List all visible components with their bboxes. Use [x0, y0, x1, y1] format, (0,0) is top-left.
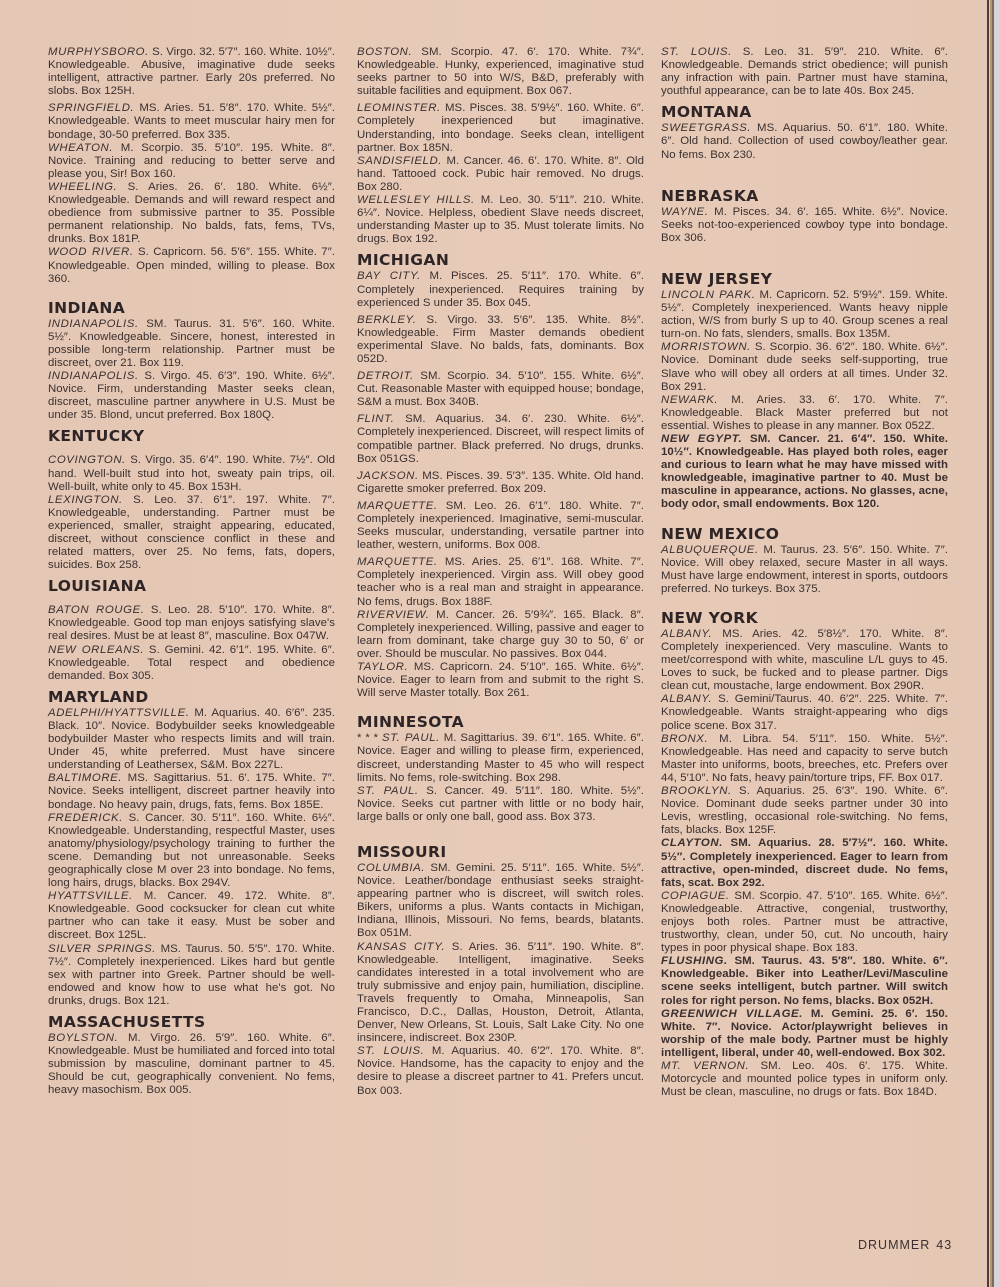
- classified-ad: BALTIMORE. MS. Sagittarius. 51. 6′. 175.…: [48, 772, 335, 811]
- classified-ad: NEW EGYPT. SM. Cancer. 21. 6′4″. 150. Wh…: [661, 433, 948, 512]
- ad-city: KANSAS CITY.: [357, 941, 445, 953]
- ad-city: NEWARK.: [661, 394, 718, 406]
- state-heading: LOUISIANA: [48, 578, 335, 595]
- ad-city: LEXINGTON.: [48, 494, 123, 506]
- classified-ad: COVINGTON. S. Virgo. 35. 6′4″. 190. Whit…: [48, 454, 335, 493]
- section-spacer: [661, 512, 948, 520]
- ad-city: SPRINGFIELD.: [48, 102, 134, 114]
- magazine-name: DRUMMER: [858, 1238, 930, 1252]
- ad-city: INDIANAPOLIS.: [48, 370, 139, 382]
- classified-ad: LINCOLN PARK. M. Capricorn. 52. 5′9½″. 1…: [661, 289, 948, 341]
- classified-ad: MURPHYSBORO. S. Virgo. 32. 5′7″. 160. Wh…: [48, 46, 335, 98]
- classified-ad: BERKLEY. S. Virgo. 33. 5′6″. 135. White.…: [357, 314, 644, 366]
- classified-ad: ALBUQUERQUE. M. Taurus. 23. 5′6″. 150. W…: [661, 544, 948, 596]
- state-heading: MINNESOTA: [357, 714, 644, 731]
- ad-city: INDIANAPOLIS.: [48, 318, 139, 330]
- state-heading: INDIANA: [48, 300, 335, 317]
- classified-ad: BRONX. M. Libra. 54. 5′11″. 150. White. …: [661, 733, 948, 785]
- ad-city: WHEATON.: [48, 142, 113, 154]
- classified-ad: SILVER SPRINGS. MS. Taurus. 50. 5′5″. 17…: [48, 943, 335, 1008]
- magazine-page: MURPHYSBORO. S. Virgo. 32. 5′7″. 160. Wh…: [0, 0, 1000, 1287]
- classified-ad: INDIANAPOLIS. S. Virgo. 45. 6′3″. 190. W…: [48, 370, 335, 422]
- state-heading: MASSACHUSETTS: [48, 1014, 335, 1031]
- ad-city: BOSTON.: [357, 46, 412, 58]
- ad-city: ALBUQUERQUE.: [661, 544, 759, 556]
- ad-city: ST. LOUIS.: [357, 1045, 424, 1057]
- classified-column-1: MURPHYSBORO. S. Virgo. 32. 5′7″. 160. Wh…: [48, 46, 335, 1097]
- classified-ad: WHEELING. S. Aries. 26. 6′. 180. White. …: [48, 181, 335, 246]
- section-spacer: [48, 286, 335, 294]
- classified-ad: * * * ST. PAUL. M. Sagittarius. 39. 6′1″…: [357, 732, 644, 784]
- page-binding-edge: [987, 0, 989, 1287]
- section-spacer: [661, 245, 948, 265]
- classified-ad: NEWARK. M. Aries. 33. 6′. 170. White. 7″…: [661, 394, 948, 433]
- classified-ad: SWEETGRASS. MS. Aquarius. 50. 6′1″. 180.…: [661, 122, 948, 161]
- classified-ad: ALBANY. MS. Aries. 42. 5′8½″. 170. White…: [661, 628, 948, 693]
- classified-column-3: ST. LOUIS. S. Leo. 31. 5′9″. 210. White.…: [661, 46, 948, 1099]
- classified-ad: ST. LOUIS. S. Leo. 31. 5′9″. 210. White.…: [661, 46, 948, 98]
- ad-text: S. Aries. 36. 5′11″. 190. White. 8″. Kno…: [357, 941, 644, 1045]
- classified-ad: LEOMINSTER. MS. Pisces. 38. 5′9½″. 160. …: [357, 102, 644, 154]
- state-heading: MISSOURI: [357, 844, 644, 861]
- classified-ad: MT. VERNON. SM. Leo. 40s. 6′. 175. White…: [661, 1060, 948, 1099]
- ad-city: NEW EGYPT.: [661, 433, 742, 445]
- section-spacer: [661, 596, 948, 604]
- classified-ad: LEXINGTON. S. Leo. 37. 6′1″. 197. White.…: [48, 494, 335, 573]
- page-binding-edge: [994, 0, 1000, 1287]
- classified-ad: COPIAGUE. SM. Scorpio. 47. 5′10″. 165. W…: [661, 890, 948, 955]
- ad-city: BAY CITY.: [357, 270, 421, 282]
- classified-ad: ADELPHI/HYATTSVILLE. M. Aquarius. 40. 6′…: [48, 707, 335, 772]
- ad-city: ALBANY.: [661, 693, 712, 705]
- classified-ad: BROOKLYN. S. Aquarius. 25. 6′3″. 190. Wh…: [661, 785, 948, 837]
- state-heading: KENTUCKY: [48, 428, 335, 445]
- classified-ad: CLAYTON. SM. Aquarius. 28. 5′7½″. 160. W…: [661, 837, 948, 889]
- classified-ad: NEW ORLEANS. S. Gemini. 42. 6′1″. 195. W…: [48, 644, 335, 683]
- ad-city: BERKLEY.: [357, 314, 416, 326]
- ad-city: MURPHYSBORO.: [48, 46, 149, 58]
- classified-ad: WHEATON. M. Scorpio. 35. 5′10″. 195. Whi…: [48, 142, 335, 181]
- classified-ad: WELLESLEY HILLS. M. Leo. 30. 5′11″. 210.…: [357, 194, 644, 246]
- ad-city: GREENWICH VILLAGE.: [661, 1008, 803, 1020]
- section-spacer: [48, 596, 335, 604]
- ad-text: SM. Aquarius. 34. 6′. 230. White. 6½″. C…: [357, 413, 644, 464]
- section-spacer: [357, 700, 644, 708]
- state-heading: NEW YORK: [661, 610, 948, 627]
- section-spacer: [48, 446, 335, 454]
- ad-city: COVINGTON.: [48, 454, 126, 466]
- ad-city: BALTIMORE.: [48, 772, 122, 784]
- classified-column-2: BOSTON. SM. Scorpio. 47. 6′. 170. White.…: [357, 46, 644, 1098]
- classified-ad: MORRISTOWN. S. Scorpio. 36. 6′2″. 180. W…: [661, 341, 948, 393]
- ad-city: COPIAGUE.: [661, 890, 730, 902]
- classified-ad: BATON ROUGE. S. Leo. 28. 5′10″. 170. Whi…: [48, 604, 335, 643]
- classified-ad: WAYNE. M. Pisces. 34. 6′. 165. White. 6½…: [661, 206, 948, 245]
- classified-ad: BAY CITY. M. Pisces. 25. 5′11″. 170. Whi…: [357, 270, 644, 309]
- classified-ad: ALBANY. S. Gemini/Taurus. 40. 6′2″. 225.…: [661, 693, 948, 732]
- ad-city: ST. LOUIS.: [661, 46, 732, 58]
- state-heading: MICHIGAN: [357, 252, 644, 269]
- classified-ad: TAYLOR. MS. Capricorn. 24. 5′10″. 165. W…: [357, 661, 644, 700]
- ad-city: ST. PAUL.: [382, 732, 440, 744]
- state-heading: NEW JERSEY: [661, 271, 948, 288]
- ad-city: FLINT.: [357, 413, 394, 425]
- ad-city: MORRISTOWN.: [661, 341, 751, 353]
- classified-ad: FREDERICK. S. Cancer. 30. 5′11″. 160. Wh…: [48, 812, 335, 891]
- ad-city: RIVERVIEW.: [357, 609, 429, 621]
- ad-city: WOOD RIVER.: [48, 246, 134, 258]
- ad-city: SILVER SPRINGS.: [48, 943, 156, 955]
- ad-star-marker: * * *: [357, 732, 382, 744]
- ad-city: WELLESLEY HILLS.: [357, 194, 475, 206]
- section-spacer: [357, 824, 644, 838]
- classified-ad: HYATTSVILLE. M. Cancer. 49. 172. White. …: [48, 890, 335, 942]
- classified-ad: COLUMBIA. SM. Gemini. 25. 5′11″. 165. Wh…: [357, 862, 644, 941]
- classified-ad: INDIANAPOLIS. SM. Taurus. 31. 5′6″. 160.…: [48, 318, 335, 370]
- section-spacer: [661, 162, 948, 182]
- ad-city: ADELPHI/HYATTSVILLE.: [48, 707, 190, 719]
- ad-city: TAYLOR.: [357, 661, 408, 673]
- ad-city: LEOMINSTER.: [357, 102, 441, 114]
- ad-city: BROOKLYN.: [661, 785, 732, 797]
- ad-city: ST. PAUL.: [357, 785, 419, 797]
- ad-city: ALBANY.: [661, 628, 712, 640]
- classified-ad: JACKSON. MS. Pisces. 39. 5′3″. 135. Whit…: [357, 470, 644, 496]
- ad-city: WHEELING.: [48, 181, 117, 193]
- classified-ad: WOOD RIVER. S. Capricorn. 56. 5′6″. 155.…: [48, 246, 335, 285]
- state-heading: MARYLAND: [48, 689, 335, 706]
- ad-city: SWEETGRASS.: [661, 122, 751, 134]
- classified-ad: BOSTON. SM. Scorpio. 47. 6′. 170. White.…: [357, 46, 644, 98]
- state-heading: MONTANA: [661, 104, 948, 121]
- ad-city: HYATTSVILLE.: [48, 890, 133, 902]
- ad-city: SANDISFIELD.: [357, 155, 442, 167]
- classified-ad: ST. LOUIS. M. Aquarius. 40. 6′2″. 170. W…: [357, 1045, 644, 1097]
- ad-city: BOYLSTON.: [48, 1032, 118, 1044]
- classified-ad: RIVERVIEW. M. Cancer. 26. 5′9¾″. 165. Bl…: [357, 609, 644, 661]
- classified-ad: KANSAS CITY. S. Aries. 36. 5′11″. 190. W…: [357, 941, 644, 1046]
- ad-city: BATON ROUGE.: [48, 604, 145, 616]
- classified-ad: SPRINGFIELD. MS. Aries. 51. 5′8″. 170. W…: [48, 102, 335, 141]
- ad-city: JACKSON.: [357, 470, 419, 482]
- ad-city: WAYNE.: [661, 206, 708, 218]
- page-footer: DRUMMER43: [858, 1238, 952, 1252]
- ad-city: DETROIT.: [357, 370, 414, 382]
- classified-ad: FLUSHING. SM. Taurus. 43. 5′8″. 180. Whi…: [661, 955, 948, 1007]
- ad-city: COLUMBIA.: [357, 862, 425, 874]
- ad-city: NEW ORLEANS.: [48, 644, 144, 656]
- classified-ad: GREENWICH VILLAGE. M. Gemini. 25. 6′. 15…: [661, 1008, 948, 1060]
- classified-ad: BOYLSTON. M. Virgo. 26. 5′9″. 160. White…: [48, 1032, 335, 1097]
- ad-city: LINCOLN PARK.: [661, 289, 755, 301]
- state-heading: NEBRASKA: [661, 188, 948, 205]
- classified-ad: SANDISFIELD. M. Cancer. 46. 6′. 170. Whi…: [357, 155, 644, 194]
- ad-city: CLAYTON.: [661, 837, 723, 849]
- classified-ad: FLINT. SM. Aquarius. 34. 6′. 230. White.…: [357, 413, 644, 465]
- ad-city: MARQUETTE.: [357, 556, 438, 568]
- classified-ad: DETROIT. SM. Scorpio. 34. 5′10″. 155. Wh…: [357, 370, 644, 409]
- ad-city: FLUSHING.: [661, 955, 728, 967]
- state-heading: NEW MEXICO: [661, 526, 948, 543]
- classified-ad: ST. PAUL. S. Cancer. 49. 5′11″. 180. Whi…: [357, 785, 644, 824]
- page-number: 43: [936, 1238, 952, 1252]
- ad-city: MARQUETTE.: [357, 500, 438, 512]
- ad-city: MT. VERNON.: [661, 1060, 749, 1072]
- ad-city: BRONX.: [661, 733, 708, 745]
- classified-ad: MARQUETTE. MS. Aries. 25. 6′1″. 168. Whi…: [357, 556, 644, 608]
- ad-city: FREDERICK.: [48, 812, 123, 824]
- classified-ad: MARQUETTE. SM. Leo. 26. 6′1″. 180. White…: [357, 500, 644, 552]
